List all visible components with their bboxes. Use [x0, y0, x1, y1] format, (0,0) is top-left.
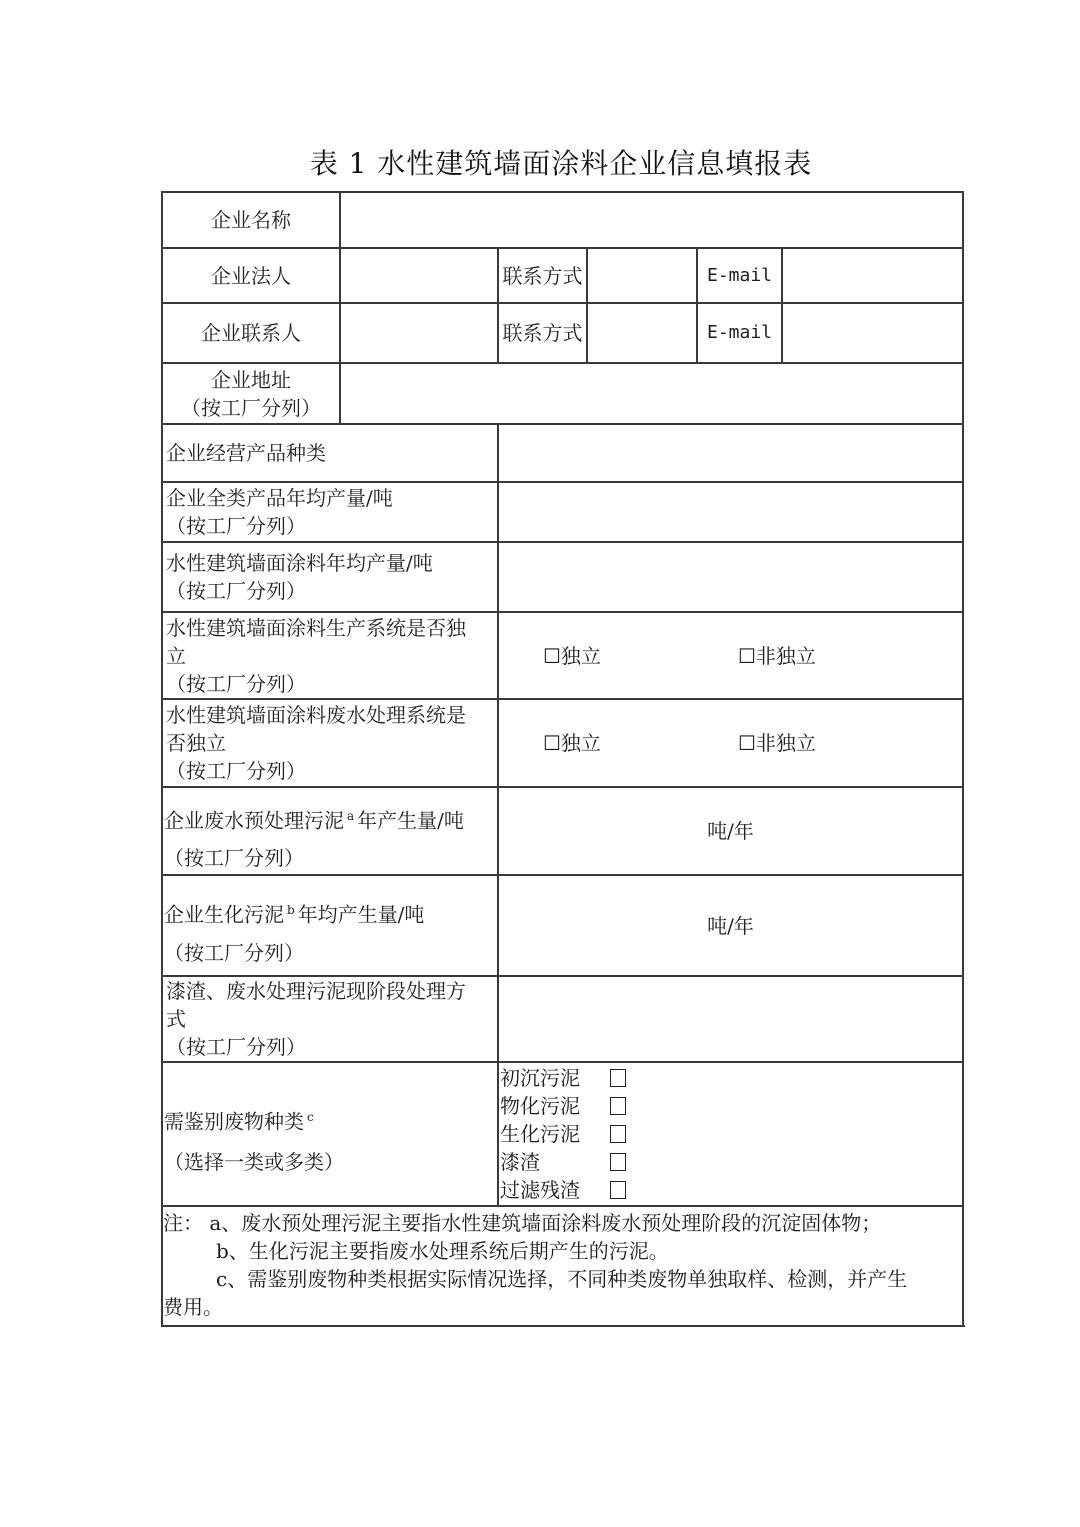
legal-person-email-label: E-mail [698, 249, 781, 302]
biochem-sludge-label-post: 年均产生量/吨 [298, 903, 425, 927]
waste-option-paint-residue[interactable]: 漆渣 [500, 1148, 628, 1176]
product-types-field[interactable] [499, 425, 962, 481]
wastewater-system-label-line1: 水性建筑墙面涂料废水处理系统是 [166, 701, 500, 729]
treatment-method-label-line2: 式 [166, 1005, 500, 1033]
annual-output-all-sublabel: （按工厂分列） [166, 512, 500, 540]
treatment-method-label-line1: 漆渣、废水处理污泥现阶段处理方 [166, 977, 500, 1005]
pretreatment-sludge-field[interactable]: 吨/年 [499, 788, 962, 874]
treatment-method-label: 漆渣、废水处理污泥现阶段处理方 式 （按工厂分列） [163, 977, 500, 1061]
legal-person-email-field[interactable] [783, 249, 962, 302]
address-label: 企业地址 [211, 366, 291, 394]
pretreatment-sludge-unit: 吨/年 [707, 817, 754, 845]
company-name-field[interactable] [341, 193, 962, 247]
checkbox-icon[interactable] [610, 1181, 626, 1199]
annual-output-coating-label: 水性建筑墙面涂料年均产量/吨 （按工厂分列） [163, 543, 500, 611]
production-system-label-line2: 立 [166, 642, 500, 670]
product-types-label-text: 企业经营产品种类 [166, 439, 500, 467]
waste-option-biochem-sludge[interactable]: 生化污泥 [500, 1120, 628, 1148]
checkbox-icon[interactable] [610, 1125, 626, 1143]
wastewater-system-non-independent-checkbox[interactable]: ☐非独立 [738, 729, 816, 757]
legal-person-contact-field[interactable] [588, 249, 696, 302]
address-field[interactable] [341, 364, 962, 423]
wastewater-system-label: 水性建筑墙面涂料废水处理系统是 否独立 （按工厂分列） [163, 700, 500, 786]
footnote-b-marker: b [287, 903, 295, 917]
note-b: b、生化污泥主要指废水处理系统后期产生的污泥。 [163, 1237, 963, 1265]
pretreatment-sludge-label-post: 年产生量/吨 [357, 809, 464, 833]
waste-types-label-text: 需鉴别废物种类 [164, 1110, 304, 1134]
waste-option-primary-sludge[interactable]: 初沉污泥 [500, 1064, 628, 1092]
contact-person-email-label: E-mail [698, 304, 781, 362]
note-c-continued: 费用。 [163, 1293, 963, 1321]
waste-option-label: 过滤残渣 [500, 1176, 610, 1204]
footnote-a-marker: a [347, 809, 354, 823]
pretreatment-sludge-label: 企业废水预处理污泥a年产生量/吨 [164, 802, 498, 835]
biochem-sludge-sublabel: （按工厂分列） [164, 939, 304, 967]
note-a: 注： a、废水预处理污泥主要指水性建筑墙面涂料废水预处理阶段的沉淀固体物； [163, 1209, 963, 1237]
legal-person-field[interactable] [341, 249, 497, 302]
note-c: c、需鉴别废物种类根据实际情况选择，不同种类废物单独取样、检测，并产生 [163, 1265, 963, 1293]
annual-output-coating-label-text: 水性建筑墙面涂料年均产量/吨 [166, 549, 500, 577]
production-system-label: 水性建筑墙面涂料生产系统是否独 立 （按工厂分列） [163, 613, 500, 698]
checkbox-icon[interactable] [610, 1069, 626, 1087]
waste-option-physchem-sludge[interactable]: 物化污泥 [500, 1092, 628, 1120]
treatment-method-field[interactable] [499, 977, 962, 1061]
annual-output-all-label: 企业全类产品年均产量/吨 （按工厂分列） [163, 483, 500, 541]
checkbox-icon[interactable] [610, 1097, 626, 1115]
production-system-label-line1: 水性建筑墙面涂料生产系统是否独 [166, 614, 500, 642]
treatment-method-sublabel: （按工厂分列） [166, 1033, 500, 1061]
pretreatment-sludge-sublabel: （按工厂分列） [164, 844, 304, 872]
production-system-independent-checkbox[interactable]: ☐独立 [543, 642, 601, 670]
biochem-sludge-label: 企业生化污泥b年均产生量/吨 [164, 896, 498, 929]
checkbox-icon[interactable] [610, 1153, 626, 1171]
wastewater-system-label-line2: 否独立 [166, 729, 500, 757]
footnote-c-marker: c [307, 1110, 314, 1124]
annual-output-coating-field[interactable] [499, 543, 962, 611]
annual-output-all-field[interactable] [499, 483, 962, 541]
waste-types-sublabel: （选择一类或多类） [164, 1148, 344, 1176]
waste-option-label: 生化污泥 [500, 1120, 610, 1148]
waste-option-label: 物化污泥 [500, 1092, 610, 1120]
biochem-sludge-label-pre: 企业生化污泥 [164, 903, 284, 927]
contact-person-email-field[interactable] [783, 304, 962, 362]
annual-output-all-label-text: 企业全类产品年均产量/吨 [166, 484, 500, 512]
wastewater-system-independent-checkbox[interactable]: ☐独立 [543, 729, 601, 757]
legal-person-contact-label: 联系方式 [499, 249, 586, 302]
waste-option-label: 漆渣 [500, 1148, 610, 1176]
contact-person-field[interactable] [341, 304, 497, 362]
company-name-label: 企业名称 [163, 193, 339, 247]
address-label-cell: 企业地址 （按工厂分列） [163, 364, 339, 423]
waste-types-label: 需鉴别废物种类c [164, 1103, 317, 1136]
product-types-label: 企业经营产品种类 [163, 425, 500, 481]
contact-person-contact-field[interactable] [588, 304, 696, 362]
waste-option-label: 初沉污泥 [500, 1064, 610, 1092]
legal-person-label: 企业法人 [163, 249, 339, 302]
pretreatment-sludge-label-pre: 企业废水预处理污泥 [164, 809, 344, 833]
address-sublabel: （按工厂分列） [181, 394, 321, 422]
contact-person-contact-label: 联系方式 [499, 304, 586, 362]
wastewater-system-sublabel: （按工厂分列） [166, 757, 500, 785]
page-title: 表 1 水性建筑墙面涂料企业信息填报表 [0, 142, 1080, 182]
production-system-non-independent-checkbox[interactable]: ☐非独立 [738, 642, 816, 670]
annual-output-coating-sublabel: （按工厂分列） [166, 577, 500, 605]
biochem-sludge-unit: 吨/年 [707, 912, 754, 940]
waste-option-filter-residue[interactable]: 过滤残渣 [500, 1176, 628, 1204]
production-system-sublabel: （按工厂分列） [166, 670, 500, 698]
biochem-sludge-field[interactable]: 吨/年 [499, 876, 962, 975]
contact-person-label: 企业联系人 [163, 304, 339, 362]
